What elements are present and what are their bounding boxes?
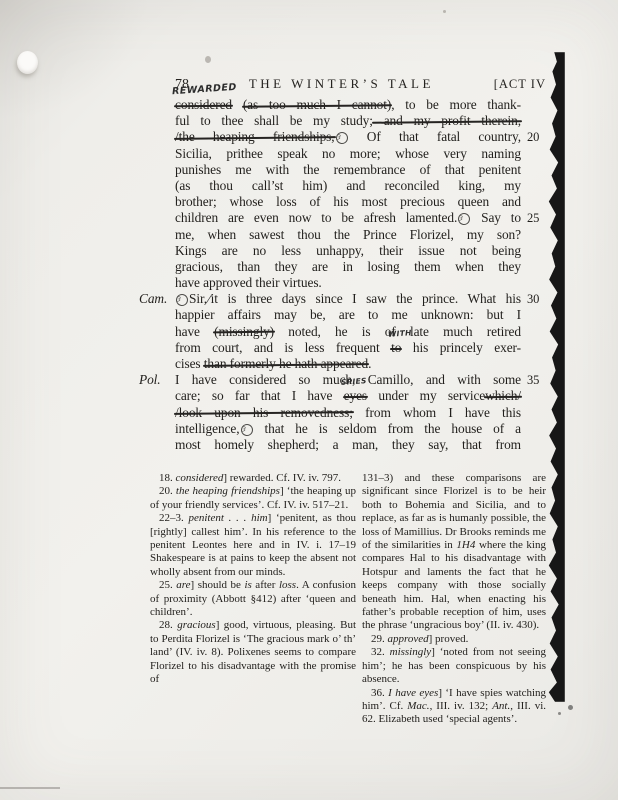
footnote: 28. gracious] good, virtuous, pleasing. … [150,619,356,686]
text-run: from whom I have this [353,405,521,420]
text-run: Sicilia, prithee speak no more; whose ve… [175,146,521,161]
text-run: 36. [371,687,388,699]
text-run: Sir, [189,291,207,306]
text-run: it is three days since I saw the prince.… [211,291,521,306]
text-run: ] proved. [429,633,469,645]
play-line: children are even now to be afresh lamen… [175,210,521,226]
act-heading: [ACT IV [494,77,546,92]
play-line: gracious, than they are in losing them w… [175,259,521,275]
text-run: after [252,579,279,591]
punch-hole [17,51,38,74]
strikethrough-text: than formerly he hath appeared [204,356,368,371]
scan-page: 78 THE WINTER’S TALE [ACT IV consideredR… [0,0,618,800]
play-line: /look upon his removedness; from whom I … [175,405,521,421]
italic-text: Mac. [407,700,429,712]
proof-mark-icon: ȝ [334,131,348,145]
text-run: his princely exer- [401,340,521,355]
handwritten-annotation: SPIES [340,377,366,386]
play-line: from court, and is less frequent toWITH … [175,340,521,356]
strikethrough-text: (as too much I cannot) [243,97,391,112]
text-run: happier affairs may be, are to me unknow… [175,307,521,322]
play-line: have (missingly) noted, he is of late mu… [175,324,521,340]
text-run: Kings are no less unhappy, their issue n… [175,243,521,258]
play-line: Kings are no less unhappy, their issue n… [175,243,521,259]
play-line: Cam.ȝSir,/it is three days since I saw t… [175,291,521,307]
text-run: have [175,324,214,339]
text-run: most homely shepherd; a man, they say, t… [175,437,521,452]
text-run: ] rewarded. Cf. IV. iv. 797. [223,472,341,484]
footnote: 18. considered] rewarded. Cf. IV. iv. 79… [150,472,356,485]
play-line: brother; whose loss of his most precious… [175,194,521,210]
strikethrough-text: consideredREWARDED [175,97,232,112]
italic-text: approved [388,633,429,645]
footnote: 29. approved] proved. [362,633,546,646]
text-run: 29. [371,633,388,645]
italic-text: 1H4 [456,539,475,551]
text-run: brother; whose loss of his most precious… [175,194,521,209]
footnote: 36. I have eyes] ‘I have spies watching … [362,687,546,727]
text-run: me, when sawest thou the Prince Florizel… [175,227,521,242]
play-line: care; so far that I have eyesSPIES under… [175,388,521,404]
text-run: 25. [159,579,176,591]
strikethrough-text: /look upon his removedness; [175,405,353,420]
play-line: /the heaping friendships,ȝ Of that fatal… [175,129,521,145]
italic-text: I have eyes [388,687,438,699]
text-run: ful to thee shall be my study; [175,113,373,128]
play-line: cises than formerly he hath appeared. [175,356,521,372]
scan-speck [558,712,561,715]
footnote: 20. the heaping friendships] ‘the heapin… [150,485,356,512]
text-run: 32. [371,646,390,658]
play-line: ful to thee shall be my study; and my pr… [175,113,521,129]
italic-text: the heaping friendships [176,485,280,497]
strikethrough-text: eyesSPIES [344,388,367,403]
strikethrough-text: toWITH [391,340,401,355]
text-run: 18. [159,472,176,484]
text-run [232,97,243,112]
italic-text: penitent . . . him [188,512,267,524]
line-number: 30 [527,291,551,307]
scan-bottom-edge [0,787,60,789]
play-line: happier affairs may be, are to me unknow… [175,307,521,323]
footnotes-right-column: 131–3) and these comparisons are signifi… [362,472,546,727]
footnote: 131–3) and these comparisons are signifi… [362,472,546,633]
line-number: 35 [527,372,551,388]
strikethrough-text: /the heaping friendships, [175,129,335,144]
scan-speck [568,705,573,710]
scan-speck [443,10,446,13]
text-run: Say to [471,210,521,225]
text-run: intelligence, [175,421,240,436]
text-run: (as thou call’st him) and reconciled kin… [175,178,521,193]
text-run: Of that fatal country, [349,129,521,144]
italic-text: Ant. [492,700,510,712]
italic-text: missingly [390,646,432,658]
handwritten-annotation: REWARDED [172,83,237,97]
text-run: where the king compares Hal to his disad… [362,539,546,631]
strikethrough-text: (missingly) [214,324,274,339]
proof-mark-icon: ȝ [239,423,253,437]
proof-mark-icon: ȝ [175,293,189,307]
text-run: ] should be [191,579,245,591]
italic-text: are [176,579,190,591]
strikethrough-text: which/ [485,388,521,403]
footnotes-left-column: 18. considered] rewarded. Cf. IV. iv. 79… [150,472,356,687]
text-run: under my service [367,388,485,403]
text-run: children are even now to be afresh lamen… [175,210,457,225]
play-line: Sicilia, prithee speak no more; whose ve… [175,146,521,162]
text-run: , to be more thank- [391,97,521,112]
text-run: 28. [159,619,177,631]
strikethrough-text: and my profit therein, [373,113,521,128]
text-run: that he is seldom from the house of a [254,421,521,436]
text-run: from court, and is less frequent [175,340,391,355]
footnote: 32. missingly] ‘noted from not seeing hi… [362,646,546,686]
handwritten-annotation: WITH [388,329,412,338]
play-line: consideredREWARDED (as too much I cannot… [175,97,521,113]
text-run: care; so far that I have [175,388,344,403]
italic-text: considered [176,472,224,484]
italic-text: gracious [177,619,216,631]
running-title: THE WINTER’S TALE [249,76,434,92]
speech-prefix: Pol. [139,372,161,388]
play-line: most homely shepherd; a man, they say, t… [175,437,521,453]
italic-text: loss [279,579,296,591]
line-number: 25 [527,210,551,226]
play-line: intelligence,ȝ that he is seldom from th… [175,421,521,437]
text-run: gracious, than they are in losing them w… [175,259,521,274]
play-line: punishes me with the remembrance of that… [175,162,521,178]
text-run: 22–3. [159,512,188,524]
play-line: have approved their virtues. [175,275,521,291]
text-run: cises [175,356,204,371]
text-run: have approved their virtues. [175,275,322,290]
text-run: 20. [159,485,176,497]
speech-prefix: Cam. [139,291,167,307]
italic-text: is [244,579,251,591]
footnote: 25. are] should be is after loss. A conf… [150,579,356,619]
footnote: 22–3. penitent . . . him] ‘penitent, as … [150,512,356,579]
play-text: consideredREWARDED (as too much I cannot… [175,97,521,453]
play-line: (as thou call’st him) and reconciled kin… [175,178,521,194]
scan-speck [205,56,211,63]
proof-mark-icon: ȝ [457,212,471,226]
play-line: me, when sawest thou the Prince Florizel… [175,227,521,243]
line-number: 20 [527,129,551,145]
text-run: , III. iv. 132; [430,700,493,712]
text-run: punishes me with the remembrance of that… [175,162,521,177]
